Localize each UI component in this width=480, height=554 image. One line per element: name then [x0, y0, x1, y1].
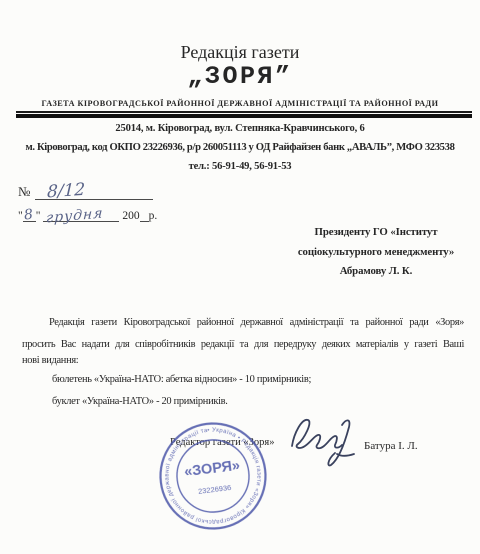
body-line-3: нові видання: — [22, 355, 78, 366]
stamp-number: 23226936 — [198, 483, 232, 496]
request-item: бюлетень «Україна-НАТО: абетка відносин»… — [52, 369, 311, 391]
recipient-block: Президенту ГО «Інститут соціокультурного… — [287, 223, 465, 282]
stamp-center-text: «ЗОРЯ» — [183, 458, 241, 481]
date-day-handwritten: 8 — [23, 207, 34, 224]
ref-number-row: №8/12 — [18, 184, 153, 200]
signature-stroke — [292, 420, 354, 466]
address-line-2: м. Кіровоград, код ОКПО 23226936, р/р 26… — [0, 142, 480, 153]
divider-thick-line — [16, 114, 472, 118]
address-line-3: тел.: 56-91-49, 56-91-53 — [0, 161, 480, 172]
divider-thin-line — [16, 111, 472, 113]
official-stamp: • Україна • Редакція газети «Зоря» Кіров… — [152, 415, 275, 538]
date-close-quote: " — [36, 210, 41, 222]
ref-number-blank: 8/12 — [35, 184, 153, 200]
request-item: буклет «Україна-НАТО» - 20 примірників. — [52, 391, 311, 413]
date-year-blank — [140, 206, 149, 222]
signature-name: Батура І. Л. — [364, 440, 418, 452]
date-month-blank: грудня — [43, 206, 119, 222]
date-year-prefix: 200 — [122, 210, 139, 222]
signature-scribble — [286, 408, 368, 474]
recipient-line-3: Абрамову Л. К. — [287, 262, 465, 282]
newspaper-masthead: „ЗОРЯ” — [0, 62, 480, 91]
ref-number-handwritten: 8/12 — [47, 180, 86, 203]
body-line-2: просить Вас надати для співробітників ре… — [22, 339, 464, 350]
ref-number-label: № — [18, 184, 30, 199]
address-line-1: 25014, м. Кіровоград, вул. Степняка-Крав… — [0, 123, 480, 134]
recipient-line-2: соціокультурного менеджменту» — [287, 243, 465, 263]
letterhead-divider — [16, 111, 472, 118]
date-year-suffix: р. — [149, 210, 158, 222]
ref-date-row: "8"грудня200р. — [18, 206, 157, 222]
letterhead-subtitle: ГАЗЕТА КІРОВОГРАДСЬКОЇ РАЙОННОЇ ДЕРЖАВНО… — [0, 99, 480, 108]
request-items: бюлетень «Україна-НАТО: абетка відносин»… — [52, 369, 311, 413]
scanned-letter-page: Редакція газети „ЗОРЯ” ГАЗЕТА КІРОВОГРАД… — [0, 0, 480, 554]
date-month-handwritten: грудня — [46, 205, 104, 226]
date-day-blank: 8 — [23, 206, 36, 222]
letterhead-org-line: Редакція газети — [0, 42, 480, 63]
body-line-1: Редакція газети Кіровоградської районної… — [49, 317, 464, 328]
recipient-line-1: Президенту ГО «Інститут — [287, 223, 465, 243]
body-paragraph: Редакція газети Кіровоградської районної… — [22, 312, 464, 355]
